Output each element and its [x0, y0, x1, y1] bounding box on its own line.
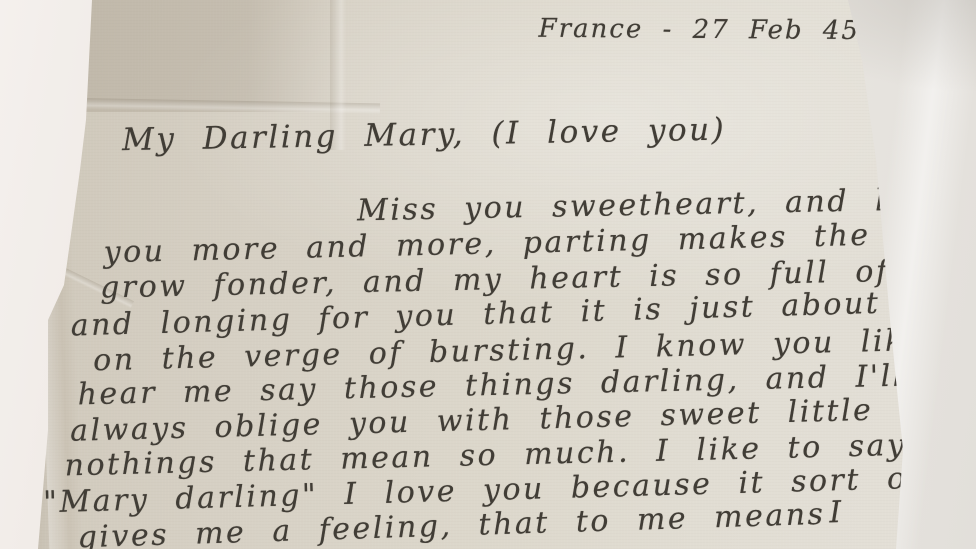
letter-paper: France - 27 Feb 45. My Darling Mary, (I …	[0, 0, 976, 549]
dateline: France - 27 Feb 45.	[539, 14, 871, 46]
letter-photograph: France - 27 Feb 45. My Darling Mary, (I …	[0, 0, 976, 549]
handwriting-line-trailing: I	[829, 495, 844, 530]
salutation: My Darling Mary, (I love you)	[122, 112, 727, 159]
handwriting-layer: France - 27 Feb 45. My Darling Mary, (I …	[0, 0, 976, 549]
